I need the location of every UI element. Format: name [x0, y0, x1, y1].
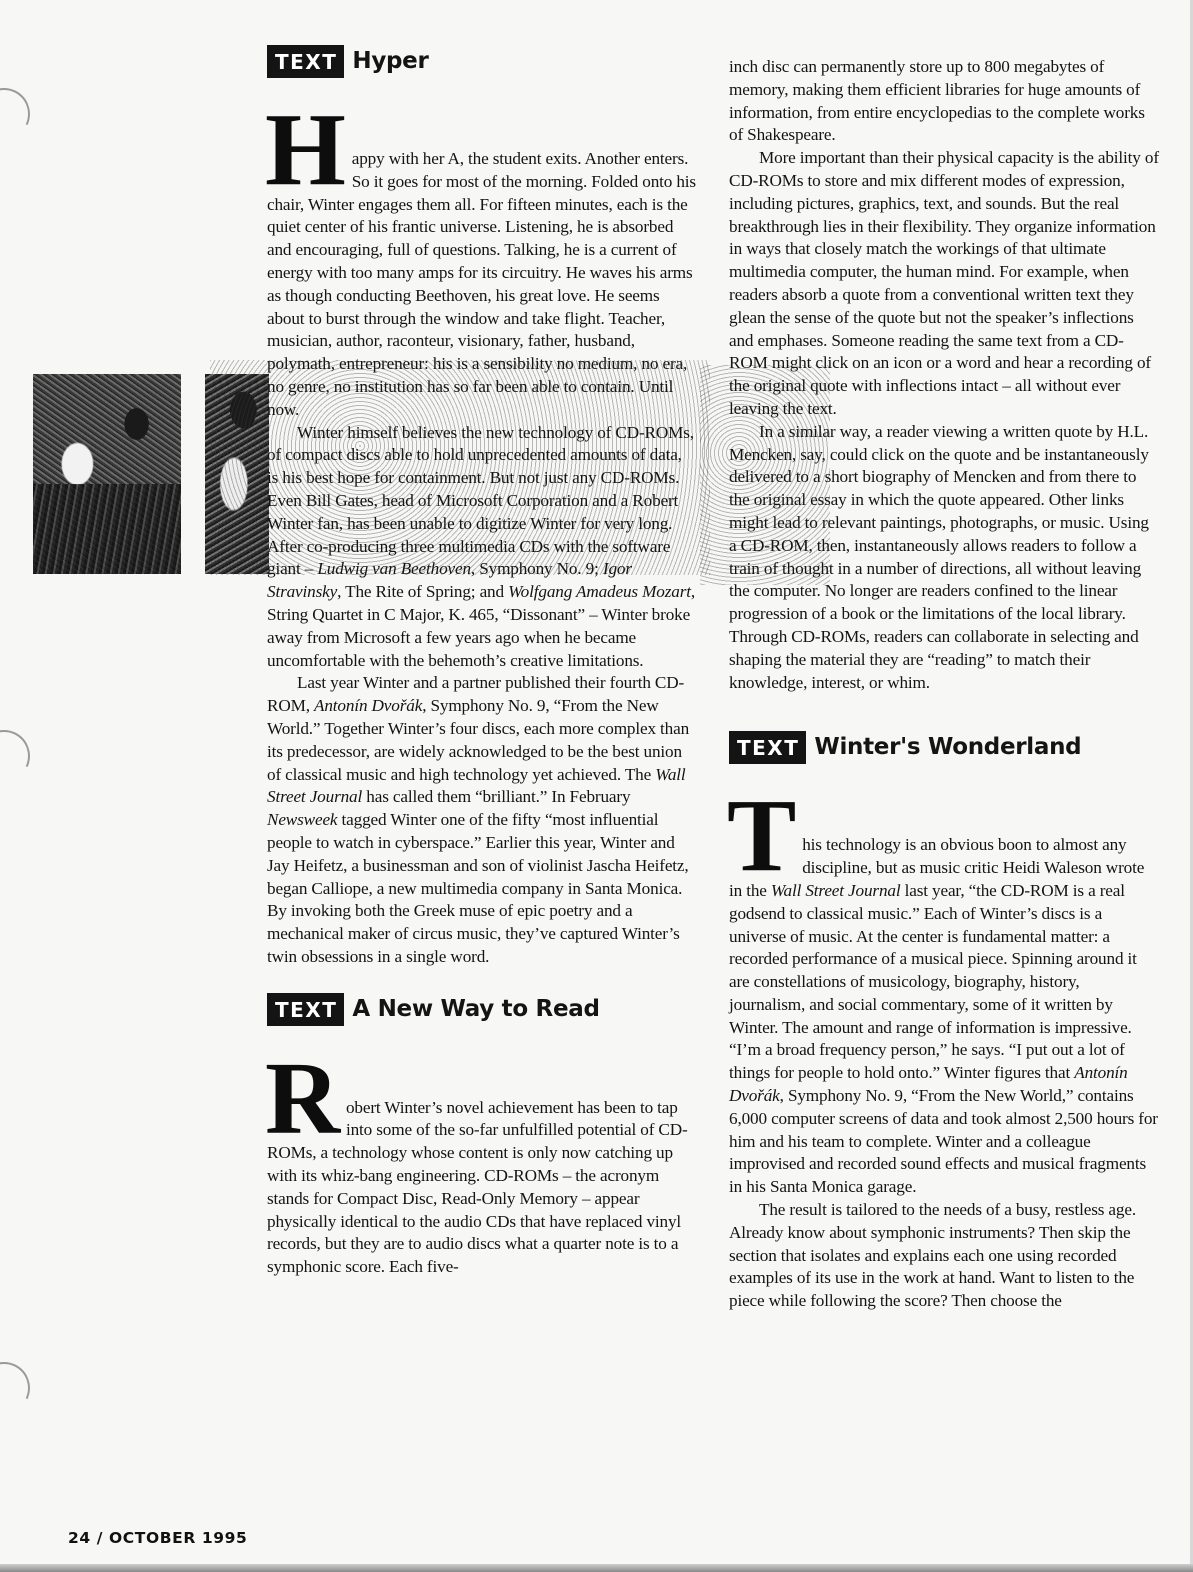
paragraph: More important than their physical capac…: [729, 147, 1159, 421]
photo-right-half: [205, 374, 269, 574]
section-header-hyper: TEXT Hyper: [267, 40, 697, 82]
binder-hole: [0, 1355, 37, 1422]
binder-hole: [0, 723, 37, 790]
article-body-hyper: H appy with her A, the student exits. An…: [267, 102, 697, 969]
page-folio: 24 / OCTOBER 1995: [68, 1529, 247, 1547]
section-tag: TEXT: [729, 731, 806, 764]
paragraph: Winter himself believes the new technolo…: [267, 422, 697, 673]
section-header-new-way: TEXT A New Way to Read: [267, 989, 697, 1031]
article-body-new-way: R obert Winter’s novel achievement has b…: [267, 1051, 697, 1279]
left-column: TEXT Hyper H appy with her A, the studen…: [267, 40, 697, 1279]
drop-cap: T: [727, 794, 796, 874]
section-title: Winter's Wonderland: [814, 736, 1081, 759]
section-title: Hyper: [352, 50, 428, 73]
section-tag: TEXT: [267, 993, 344, 1026]
paragraph: In a similar way, a reader viewing a wri…: [729, 421, 1159, 695]
paragraph-lead: his technology is an obvious boon to alm…: [729, 834, 1159, 1199]
section-tag: TEXT: [267, 45, 344, 78]
section-title: A New Way to Read: [352, 998, 599, 1021]
section-header-wonderland: TEXT Winter's Wonderland: [729, 726, 1159, 768]
right-column: inch disc can permanently store up to 80…: [729, 56, 1159, 1313]
page-edge: [0, 1564, 1193, 1572]
article-body-wonderland: T his technology is an obvious boon to a…: [729, 788, 1159, 1313]
drop-cap: H: [265, 108, 346, 188]
paragraph: Last year Winter and a partner published…: [267, 672, 697, 968]
paragraph: The result is tailored to the needs of a…: [729, 1199, 1159, 1313]
binder-hole: [0, 81, 37, 148]
drop-cap: R: [265, 1057, 340, 1137]
photo-left-half: [33, 374, 181, 574]
paragraph-continued: inch disc can permanently store up to 80…: [729, 56, 1159, 147]
